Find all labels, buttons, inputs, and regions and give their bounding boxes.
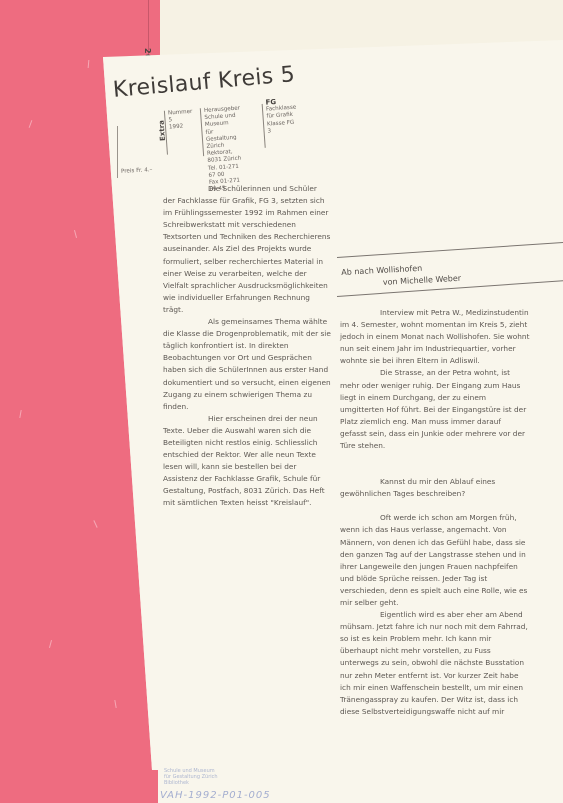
- article-paragraph: Die Strasse, an der Petra wohnt, ist meh…: [340, 367, 530, 452]
- class-info: FG Fachklasse für Grafik Klasse FG 3: [265, 98, 298, 136]
- issue-info: Nummer 5 1992: [168, 109, 194, 132]
- intro-column: Die Schülerinnen und Schüler der Fachkla…: [163, 183, 331, 510]
- intro-paragraph: Die Schülerinnen und Schüler der Fachkla…: [163, 183, 331, 316]
- price-divider: [117, 126, 118, 178]
- answer-paragraph: Oft werde ich schon am Morgen früh, wenn…: [340, 512, 530, 609]
- publisher-info: Herausgeber Schule und Museum für Gestal…: [204, 105, 246, 194]
- library-stamp: Schule und Museum für Gestaltung Zürich …: [164, 768, 218, 786]
- archive-code: VAH-1992-P01-005: [160, 790, 271, 801]
- article-column: Interview mit Petra W., Medizinstudentin…: [340, 307, 530, 718]
- interview-question: Kannst du mir den Ablauf eines gewöhnlic…: [340, 476, 530, 500]
- intro-paragraph: Hier erscheinen drei der neun Texte. Ueb…: [163, 413, 331, 510]
- article-paragraph: Interview mit Petra W., Medizinstudentin…: [340, 307, 530, 367]
- answer-paragraph: Eigentlich wird es aber eher am Abend mü…: [340, 609, 530, 718]
- intro-paragraph: Als gemeinsames Thema wählte die Klasse …: [163, 316, 331, 413]
